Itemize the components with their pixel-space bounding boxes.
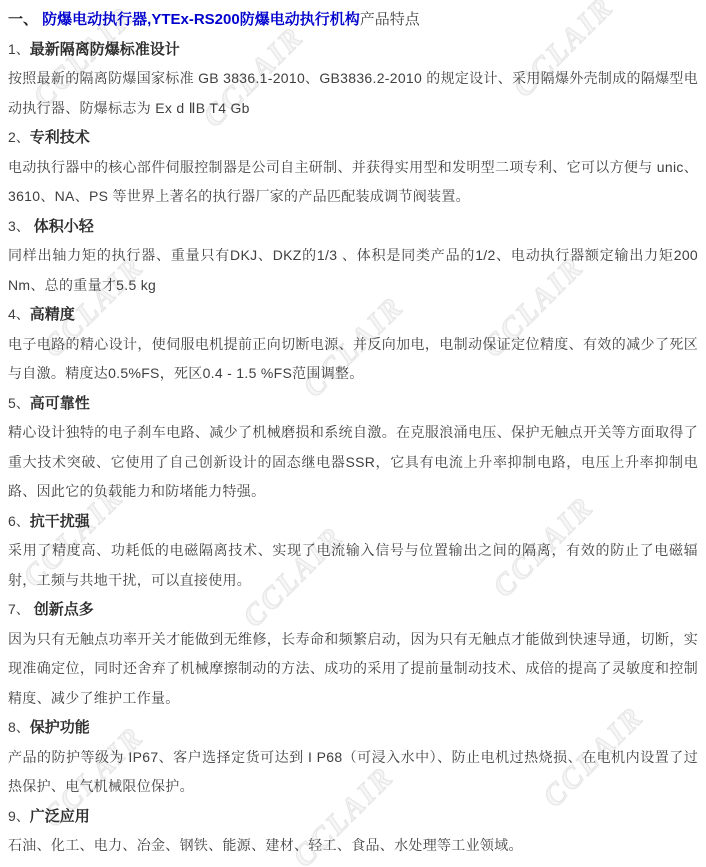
title-prefix: 一、 bbox=[8, 11, 42, 28]
section-heading-text: 广泛应用 bbox=[30, 808, 90, 825]
section-heading-text: 创新点多 bbox=[34, 601, 94, 618]
section-heading-text: 抗干扰强 bbox=[30, 513, 90, 530]
section-1: 1、最新隔离防爆标准设计 按照最新的隔离防爆国家标准 GB 3836.1-201… bbox=[8, 35, 698, 124]
section-heading: 6、抗干扰强 bbox=[8, 507, 698, 537]
section-number: 9、 bbox=[8, 808, 30, 824]
section-body: 因为只有无触点功率开关才能做到无维修，长寿命和频繁启动，因为只有无触点才能做到快… bbox=[8, 625, 698, 714]
section-5: 5、高可靠性 精心设计独特的电子刹车电路、减少了机械磨损和系统自激。在克服浪涌电… bbox=[8, 389, 698, 507]
section-number: 7、 bbox=[8, 601, 34, 617]
section-number: 6、 bbox=[8, 513, 30, 529]
section-body: 产品的防护等级为 IP67、客户选择定货可达到 I P68（可浸入水中）、防止电… bbox=[8, 743, 698, 802]
section-number: 3、 bbox=[8, 218, 34, 234]
section-body: 按照最新的隔离防爆国家标准 GB 3836.1-2010、GB3836.2-20… bbox=[8, 64, 698, 123]
section-heading: 7、 创新点多 bbox=[8, 595, 698, 625]
section-heading-text: 最新隔离防爆标准设计 bbox=[30, 41, 180, 58]
section-heading-text: 保护功能 bbox=[30, 719, 90, 736]
section-body: 精心设计独特的电子刹车电路、减少了机械磨损和系统自激。在克服浪涌电压、保护无触点… bbox=[8, 418, 698, 507]
section-4: 4、高精度 电子电路的精心设计，使伺服电机提前正向切断电源、并反向加电，电制动保… bbox=[8, 300, 698, 389]
section-heading: 4、高精度 bbox=[8, 300, 698, 330]
section-9: 9、广泛应用 石油、化工、电力、冶金、钢铁、能源、建材、轻工、食品、水处理等工业… bbox=[8, 802, 698, 861]
section-number: 2、 bbox=[8, 129, 30, 145]
section-body: 电动执行器中的核心部件伺服控制器是公司自主研制、并获得实用型和发明型二项专利、它… bbox=[8, 153, 698, 212]
section-7: 7、 创新点多 因为只有无触点功率开关才能做到无维修，长寿命和频繁启动，因为只有… bbox=[8, 595, 698, 713]
section-3: 3、 体积小轻 同样出轴力矩的执行器、重量只有DKJ、DKZ的1/3 、体积是同… bbox=[8, 212, 698, 301]
section-number: 4、 bbox=[8, 306, 30, 322]
section-heading-text: 专利技术 bbox=[30, 129, 90, 146]
section-body: 采用了精度高、功耗低的电磁隔离技术、实现了电流输入信号与位置输出之间的隔离，有效… bbox=[8, 536, 698, 595]
section-heading-text: 高精度 bbox=[30, 306, 75, 323]
section-heading: 8、保护功能 bbox=[8, 713, 698, 743]
section-body: 同样出轴力矩的执行器、重量只有DKJ、DKZ的1/3 、体积是同类产品的1/2、… bbox=[8, 241, 698, 300]
section-heading-text: 高可靠性 bbox=[30, 395, 90, 412]
title-keyword-link[interactable]: 防爆电动执行器,YTEx-RS200防爆电动执行机构 bbox=[42, 11, 360, 28]
section-heading: 1、最新隔离防爆标准设计 bbox=[8, 35, 698, 65]
document-page: 一、 防爆电动执行器,YTEx-RS200防爆电动执行机构产品特点 1、最新隔离… bbox=[0, 0, 706, 861]
section-body: 石油、化工、电力、冶金、钢铁、能源、建材、轻工、食品、水处理等工业领域。 bbox=[8, 831, 698, 861]
section-heading: 2、专利技术 bbox=[8, 123, 698, 153]
section-heading-text: 体积小轻 bbox=[34, 218, 94, 235]
section-6: 6、抗干扰强 采用了精度高、功耗低的电磁隔离技术、实现了电流输入信号与位置输出之… bbox=[8, 507, 698, 596]
section-heading: 3、 体积小轻 bbox=[8, 212, 698, 242]
section-number: 5、 bbox=[8, 395, 30, 411]
page-title: 一、 防爆电动执行器,YTEx-RS200防爆电动执行机构产品特点 bbox=[8, 5, 698, 35]
title-suffix: 产品特点 bbox=[360, 11, 420, 28]
section-number: 8、 bbox=[8, 719, 30, 735]
section-number: 1、 bbox=[8, 41, 30, 57]
section-heading: 9、广泛应用 bbox=[8, 802, 698, 832]
section-2: 2、专利技术 电动执行器中的核心部件伺服控制器是公司自主研制、并获得实用型和发明… bbox=[8, 123, 698, 212]
section-body: 电子电路的精心设计，使伺服电机提前正向切断电源、并反向加电，电制动保证定位精度、… bbox=[8, 330, 698, 389]
section-heading: 5、高可靠性 bbox=[8, 389, 698, 419]
section-8: 8、保护功能 产品的防护等级为 IP67、客户选择定货可达到 I P68（可浸入… bbox=[8, 713, 698, 802]
